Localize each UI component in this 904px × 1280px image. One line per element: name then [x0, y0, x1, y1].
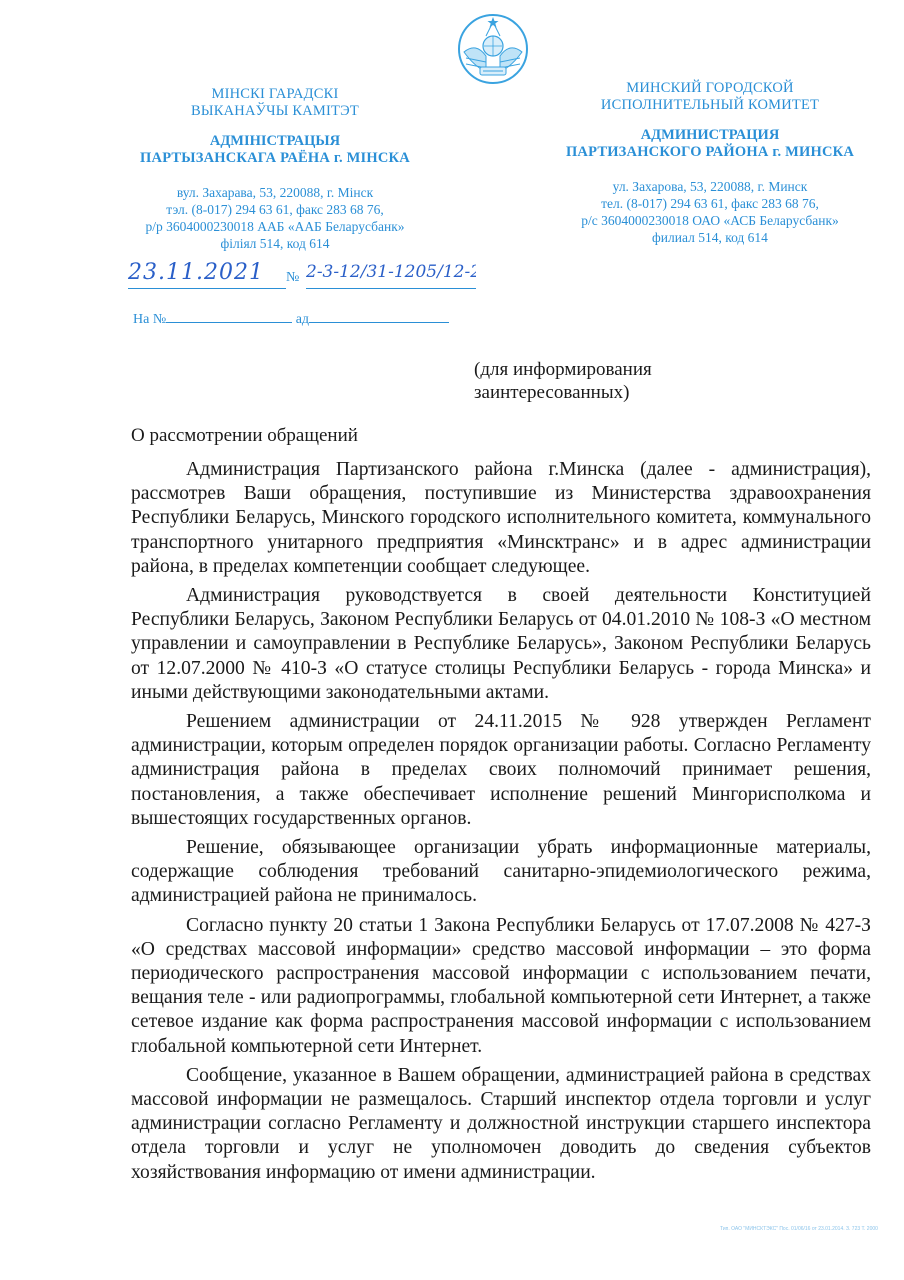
handwritten-registration-number: 2-3-12/31-1205/12-2	[306, 258, 476, 289]
reply-date-blank	[309, 308, 449, 323]
recipient-block: (для информирования заинтересованных)	[474, 358, 652, 404]
letter-subject: О рассмотрении обращений	[131, 425, 358, 447]
administration-name-line1: АДМІНІСТРАЦЫЯ	[110, 133, 440, 150]
administration-name-line2: ПАРТЫЗАНСКАГА РАЁНА г. МІНСКА	[110, 150, 440, 167]
number-label: №	[286, 270, 299, 286]
letterhead-russian: МИНСКИЙ ГОРОДСКОЙ ИСПОЛНИТЕЛЬНЫЙ КОМИТЕТ…	[530, 80, 890, 246]
address-line1: вул. Захарава, 53, 220088, г. Мінск	[110, 184, 440, 201]
print-house-mark: Тип. ОАО "МИНСКТЭКС" Пос. 01/06/16 от 23…	[720, 1226, 878, 1232]
address-line2: тел. (8-017) 294 63 61, факс 283 68 76,	[530, 195, 890, 212]
org-name-line1: МИНСКИЙ ГОРОДСКОЙ	[530, 80, 890, 97]
reply-to-label: На №	[133, 312, 166, 327]
handwritten-date: 23.11.2021	[128, 258, 286, 289]
body-paragraph: Решение, обязывающее организации убрать …	[131, 836, 871, 909]
org-name-line2: ИСПОЛНИТЕЛЬНЫЙ КОМИТЕТ	[530, 97, 890, 114]
body-paragraph: Сообщение, указанное в Вашем обращении, …	[131, 1064, 871, 1185]
recipient-line2: заинтересованных)	[474, 381, 652, 404]
state-emblem-icon	[456, 12, 530, 86]
letterhead-belarusian: МІНСКІ ГАРАДСКІ ВЫКАНАЎЧЫ КАМІТЭТ АДМІНІ…	[110, 86, 440, 252]
address-line4: филиал 514, код 614	[530, 229, 890, 246]
address-line3: р/р 3604000230018 ААБ «ААБ Беларусбанк»	[110, 218, 440, 235]
org-name-line2: ВЫКАНАЎЧЫ КАМІТЭТ	[110, 103, 440, 120]
body-paragraph: Согласно пункту 20 статьи 1 Закона Респу…	[131, 914, 871, 1059]
address-line1: ул. Захарова, 53, 220088, г. Минск	[530, 178, 890, 195]
recipient-line1: (для информирования	[474, 358, 652, 381]
address-line2: тэл. (8-017) 294 63 61, факс 283 68 76,	[110, 201, 440, 218]
administration-name-line1: АДМИНИСТРАЦИЯ	[530, 127, 890, 144]
body-paragraph: Администрация Партизанского района г.Мин…	[131, 458, 871, 579]
registration-line: 23.11.2021 № 2-3-12/31-1205/12-2	[128, 258, 458, 298]
address-line4: філіял 514, код 614	[110, 235, 440, 252]
from-label: ад	[296, 312, 309, 327]
reply-reference-line: На № ад	[133, 308, 449, 328]
administration-name-line2: ПАРТИЗАНСКОГО РАЙОНА г. МИНСКА	[530, 144, 890, 161]
body-paragraph: Решением администрации от 24.11.2015 № 9…	[131, 710, 871, 831]
reply-number-blank	[166, 308, 292, 323]
org-name-line1: МІНСКІ ГАРАДСКІ	[110, 86, 440, 103]
body-paragraph: Администрация руководствуется в своей де…	[131, 584, 871, 705]
address-line3: р/с 3604000230018 ОАО «АСБ Беларусбанк»	[530, 212, 890, 229]
letter-body: Администрация Партизанского района г.Мин…	[131, 458, 871, 1190]
